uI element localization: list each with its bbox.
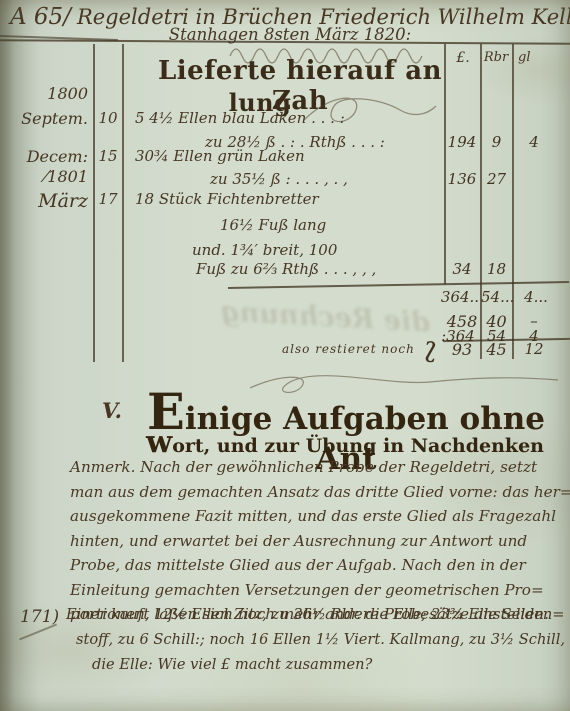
amount-rbr: 27: [483, 170, 510, 188]
amount-pound: 194: [446, 133, 478, 151]
note-line: Anmerk. Nach der gewöhnlichen Probe der …: [70, 458, 567, 476]
amount-pound: 364..: [440, 288, 480, 306]
note-line: hinten, und erwartet bei der Ausrechnung…: [70, 532, 567, 550]
entry-day: 15: [95, 147, 121, 165]
table-line-amount2: [480, 44, 482, 359]
amount-pound: 136: [446, 170, 478, 188]
entry-description: 16½ Fuß lang: [220, 216, 326, 234]
amount-rbr: 9: [483, 133, 510, 151]
page-number: A 65/: [10, 4, 71, 30]
entry-description: Fuß zu 6⅔ Rthß . . . , , ,: [196, 260, 376, 278]
bleed-through-text: die Rechnung: [149, 293, 430, 339]
col-header-gl: gl: [518, 50, 546, 65]
table-line-day: [122, 44, 124, 362]
entry-description: 5 4½ Ellen blau Laken . . . :: [135, 109, 345, 127]
problem-line: die Elle: Wie viel £ macht zusammen?: [92, 656, 492, 673]
problem-line: Einer kauft 12½ Ellen Zitz, zu 36½ Rbr. …: [66, 606, 568, 623]
entry-day: 17: [95, 190, 121, 208]
entry-month: Decem:: [8, 147, 88, 166]
col-header-pound: £.: [448, 50, 478, 66]
entry-day: 10: [95, 109, 121, 127]
section-title-line2: wort, und zur Übung in Nachdenken: [135, 424, 555, 460]
amount-pound: 34: [446, 260, 478, 278]
entry-description: zu 35½ ß : . . . , . ,: [210, 170, 348, 188]
amount-rbr: 18: [483, 260, 510, 278]
note-line: man aus dem gemachten Ansatz das dritte …: [70, 483, 567, 501]
manuscript-page: { "colors": { "ink": "#43321f", "paper":…: [0, 0, 570, 711]
entry-month: Septem.: [8, 109, 88, 128]
entry-month: März: [8, 190, 88, 212]
note-line: Probe, das mittelste Glied aus der Aufga…: [70, 556, 567, 574]
entry-description: 18 Stück Fichtenbretter: [135, 190, 319, 208]
note-line: ausgekommene Fazit mitten, und das erste…: [70, 507, 567, 525]
col-header-rbr: Rbr: [482, 50, 510, 65]
amount-pound: 93: [446, 340, 478, 359]
amount-gl: 4: [514, 133, 554, 151]
note-line: Einleitung gemachten Versetzungen der ge…: [70, 581, 567, 599]
amount-rbr: 54...: [481, 288, 512, 306]
amount-gl: 12: [514, 340, 554, 358]
problem-line: stoff, zu 6 Schill:; noch 16 Ellen 1½ Vi…: [76, 631, 568, 648]
entry-description: und. 1¾′ breit, 100: [192, 241, 337, 259]
entry-description: 30¾ Ellen grün Laken: [135, 147, 305, 165]
amount-gl: 4...: [514, 288, 558, 306]
entry-year: ⁄1801: [8, 167, 88, 186]
entry-year: 1800: [8, 84, 88, 103]
section-numeral: V.: [102, 398, 122, 423]
rest-label: also restieret noch: [282, 342, 415, 356]
amount-rbr: 45: [483, 340, 510, 359]
